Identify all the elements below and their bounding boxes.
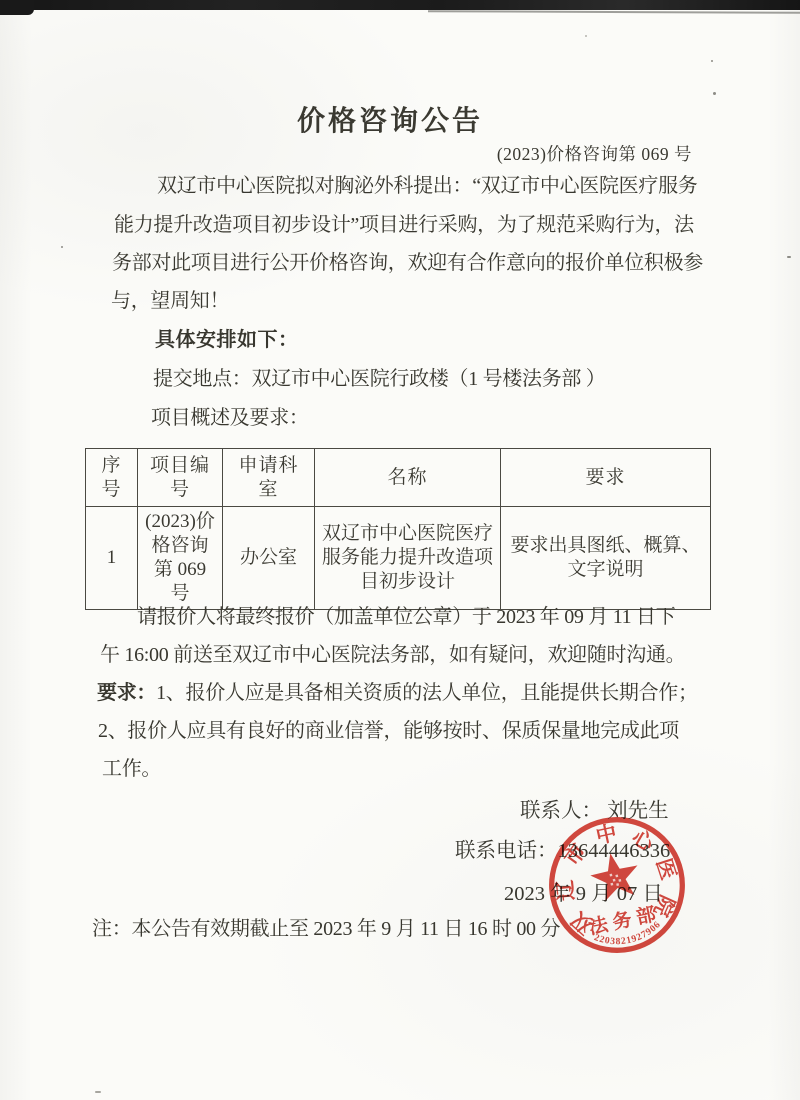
scan-speck	[787, 256, 791, 258]
para2-line-3-rest: 1、报价人应是具备相关资质的法人单位，且能提供长期合作；	[156, 682, 698, 704]
validity-note: 注：本公告有效期截止至 2023 年 9 月 11 日 16 时 00 分	[92, 912, 560, 941]
seal-number-char: 3	[610, 936, 616, 947]
para2-line-3: 要求：1、报价人应是具备相关资质的法人单位，且能提供长期合作；	[97, 676, 698, 705]
seal-dept-text: 法务部	[586, 901, 662, 939]
para2-line-5: 工作。	[102, 752, 161, 781]
issue-date: 2023 年 9 月 07 日	[504, 876, 663, 906]
scanned-document-page: 价格咨询公告 (2023)价格咨询第 069 号 双辽市中心医院拟对胸泌外科提出…	[0, 0, 800, 1100]
project-table: 序号 项目编号 申请科室 名称 要求 1 (2023)价格咨询第 069 号 办…	[85, 448, 711, 610]
scan-speck	[61, 246, 63, 248]
col-header-project-no: 项目编号	[138, 449, 223, 507]
seal-number-char: 0	[648, 923, 659, 935]
seal-number-char: 0	[604, 935, 611, 947]
para1-line-2: 能力提升改造项目初步设计”项目进行采购，为了规范采购行为，法	[114, 208, 694, 237]
seal-org-char: 双	[567, 907, 598, 938]
scan-edge-artifact	[0, 0, 800, 10]
cell-department: 办公室	[223, 507, 315, 610]
contact-phone: 联系电话：13644446336	[455, 833, 670, 863]
cell-name: 双辽市中心医院医疗服务能力提升改造项目初步设计	[315, 507, 501, 610]
scan-speck	[713, 92, 716, 95]
cell-requirement: 要求出具图纸、概算、文字说明	[501, 507, 711, 610]
para2-line-4: 2、报价人应具有良好的商业信誉，能够按时、保质保量地完成此项	[98, 714, 679, 743]
para1-line-1: 双辽市中心医院拟对胸泌外科提出：“双辽市中心医院医疗服务	[157, 169, 697, 198]
scan-line-artifact	[428, 10, 800, 14]
arrangement-heading: 具体安排如下：	[155, 323, 299, 352]
seal-number-char: 7	[639, 929, 649, 941]
col-header-requirement: 要求	[501, 449, 711, 507]
cell-seq: 1	[86, 507, 138, 610]
page-title: 价格咨询公告	[0, 99, 780, 139]
seal-number-char: 2	[620, 936, 626, 947]
scan-speck	[711, 60, 713, 62]
seal-number-char: 9	[644, 926, 654, 938]
table-row: 1 (2023)价格咨询第 069 号 办公室 双辽市中心医院医疗服务能力提升改…	[86, 507, 711, 610]
table-header-row: 序号 项目编号 申请科室 名称 要求	[86, 449, 711, 507]
seal-number-char: 2	[598, 934, 606, 946]
scan-speck	[95, 1091, 101, 1093]
col-header-seq: 序号	[86, 449, 138, 507]
seal-number-char: 1	[625, 935, 632, 947]
para2-line-3-bold: 要求：	[97, 682, 156, 704]
para1-line-3: 务部对此项目进行公开价格咨询，欢迎有合作意向的报价单位积极参	[112, 246, 703, 275]
scan-corner-artifact	[0, 0, 34, 15]
col-header-name: 名称	[315, 449, 501, 507]
para1-line-4: 与，望周知！	[111, 284, 229, 313]
para2-line-1: 请报价人将最终报价（加盖单位公章）于 2023 年 09 月 11 日下	[137, 600, 675, 629]
overview-heading: 项目概述及要求：	[151, 401, 309, 430]
seal-number-char: 8	[615, 936, 620, 947]
seal-number-char: 2	[592, 932, 601, 944]
seal-number-char: 6	[652, 919, 663, 930]
seal-number-char: 2	[635, 931, 644, 943]
seal-number-char: 9	[630, 933, 638, 945]
para2-line-2: 午 16:00 前送至双辽市中心医院法务部，如有疑问，欢迎随时沟通。	[100, 638, 685, 667]
scan-speck	[585, 35, 587, 37]
col-header-department: 申请科室	[223, 449, 315, 507]
contact-person: 联系人： 刘先生	[520, 793, 669, 823]
cell-project-no: (2023)价格咨询第 069 号	[138, 507, 223, 610]
doc-number: (2023)价格咨询第 069 号	[497, 141, 692, 166]
submit-location-line: 提交地点：双辽市中心医院行政楼（1 号楼法务部 ）	[153, 362, 606, 391]
